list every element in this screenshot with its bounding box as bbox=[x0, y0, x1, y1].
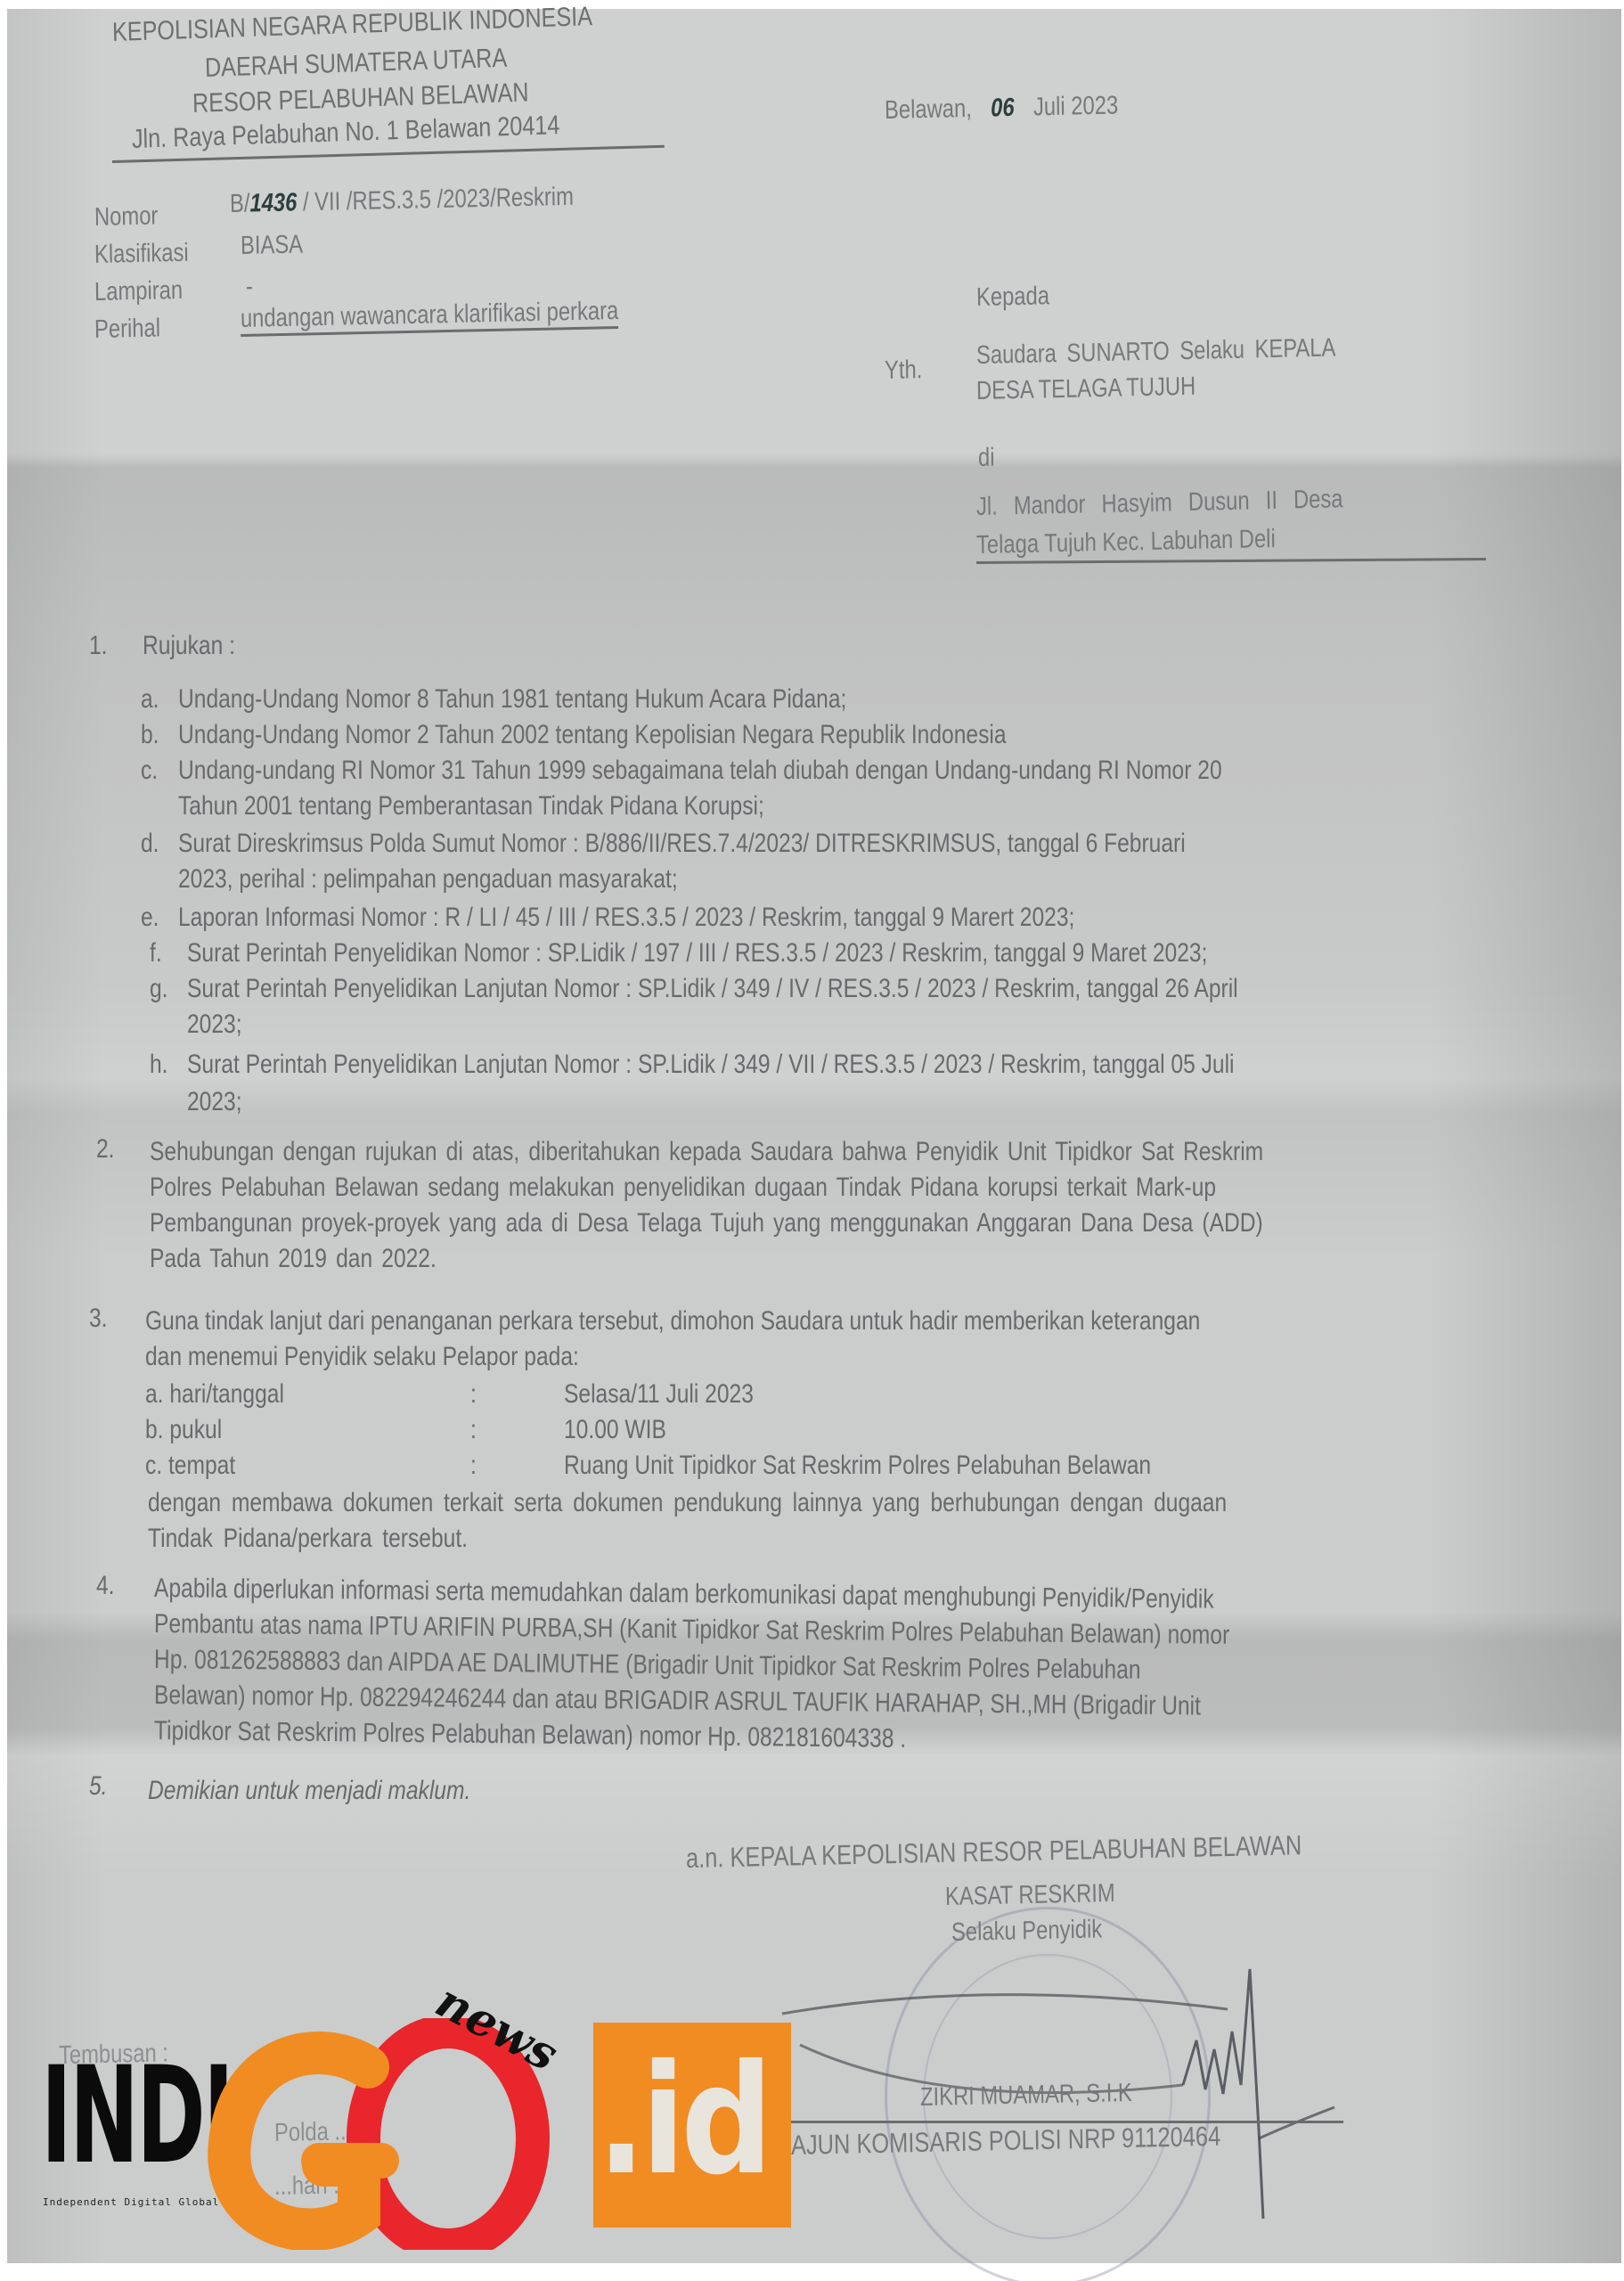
p3-number: 3. bbox=[89, 1305, 108, 1332]
rujukan-item-line: Surat Perintah Penyelidikan Nomor : SP.L… bbox=[187, 940, 1207, 967]
date-month-year: Juli 2023 bbox=[1033, 91, 1119, 121]
letterhead-line3: RESOR PELABUHAN BELAWAN bbox=[192, 79, 529, 118]
rujukan-letter: d. bbox=[141, 830, 159, 857]
rujukan-letter: e. bbox=[141, 904, 159, 931]
p2-line: Polres Pelabuhan Belawan sedang melakuka… bbox=[150, 1174, 1216, 1201]
schedule-label: b. pukul bbox=[145, 1417, 222, 1443]
schedule-separator: : bbox=[470, 1417, 477, 1443]
recipient-address-line2: Telaga Tujuh Kec. Labuhan Deli bbox=[976, 527, 1276, 559]
schedule-separator: : bbox=[470, 1452, 477, 1479]
meta-nomor-value: B/1436 / VII /RES.3.5 /2023/Reskrim bbox=[230, 184, 574, 217]
signature-role: Selaku Penyidik bbox=[951, 1917, 1103, 1946]
rujukan-letter: b. bbox=[141, 722, 159, 748]
letterhead-address: Jln. Raya Pelabuhan No. 1 Belawan 20414 bbox=[132, 112, 560, 153]
p5-number: 5. bbox=[89, 1773, 108, 1800]
p3-line: Guna tindak lanjut dari penanganan perka… bbox=[145, 1308, 1200, 1335]
schedule-value: Ruang Unit Tipidkor Sat Reskrim Polres P… bbox=[564, 1452, 1151, 1479]
rujukan-item-line: Surat Perintah Penyelidikan Lanjutan Nom… bbox=[187, 976, 1238, 1002]
rujukan-letter: h. bbox=[150, 1051, 168, 1078]
letterhead-line2: DAERAH SUMATERA UTARA bbox=[205, 45, 508, 82]
meta-perihal-value: undangan wawancara klarifikasi perkara bbox=[241, 298, 619, 337]
rujukan-item-line: Undang-Undang Nomor 8 Tahun 1981 tentang… bbox=[178, 686, 846, 713]
p4-line: Apabila diperlukan informasi serta memud… bbox=[154, 1575, 1214, 1614]
schedule-label: a. hari/tanggal bbox=[145, 1381, 284, 1408]
schedule-value: 10.00 WIB bbox=[564, 1417, 666, 1443]
meta-klasifikasi-value: BIASA bbox=[241, 233, 303, 259]
p4-line: Tipidkor Sat Reskrim Polres Pelabuhan Be… bbox=[154, 1718, 906, 1753]
p4-number: 4. bbox=[96, 1573, 115, 1599]
rujukan-item-line: Laporan Informasi Nomor : R / LI / 45 / … bbox=[178, 904, 1074, 931]
schedule-separator: : bbox=[470, 1381, 477, 1408]
date-day-handwritten: 06 bbox=[991, 94, 1015, 123]
letter-page: KEPOLISIAN NEGARA REPUBLIK INDONESIA DAE… bbox=[7, 9, 1621, 2263]
date-place: Belawan, bbox=[885, 94, 972, 125]
recipient-address-line1: Jl. Mandor Hasyim Dusun II Desa bbox=[976, 486, 1343, 520]
p1-number: 1. bbox=[89, 633, 108, 659]
p3-line: dan menemui Penyidik selaku Pelapor pada… bbox=[145, 1344, 579, 1370]
p5-text: Demikian untuk menjadi maklum. bbox=[148, 1778, 470, 1804]
rujukan-letter: c. bbox=[141, 757, 158, 784]
p3-after-line: dengan membawa dokumen terkait serta dok… bbox=[148, 1490, 1227, 1517]
recipient-name-line1: Saudara SUNARTO Selaku KEPALA bbox=[976, 335, 1336, 369]
schedule-value: Selasa/11 Juli 2023 bbox=[564, 1381, 754, 1408]
meta-klasifikasi-label: Klasifikasi bbox=[94, 241, 189, 268]
recipient-name-line2: DESA TELAGA TUJUH bbox=[976, 374, 1196, 405]
indigo-news-watermark-logo: INDI Independent Digital Global News new… bbox=[34, 1983, 800, 2241]
recipient-kepada: Kepada bbox=[976, 283, 1049, 311]
letter-date: Belawan, 06 Juli 2023 bbox=[885, 93, 1119, 124]
meta-lampiran-value: - bbox=[246, 274, 253, 300]
p4-line: Pembantu atas nama IPTU ARIFIN PURBA,SH … bbox=[154, 1611, 1229, 1649]
p4-line: Belawan) nomor Hp. 082294246244 dan atau… bbox=[154, 1682, 1201, 1721]
signature-position: KASAT RESKRIM bbox=[945, 1881, 1115, 1910]
letterhead-line1: KEPOLISIAN NEGARA REPUBLIK INDONESIA bbox=[112, 4, 593, 46]
p2-line: Pada Tahun 2019 dan 2022. bbox=[150, 1246, 437, 1272]
meta-nomor-label: Nomor bbox=[94, 203, 159, 231]
logo-id-text: .id bbox=[597, 2045, 769, 2196]
recipient-yth: Yth. bbox=[885, 357, 923, 384]
p2-number: 2. bbox=[96, 1136, 115, 1163]
meta-perihal-label: Perihal bbox=[94, 315, 160, 343]
rujukan-letter: a. bbox=[141, 686, 159, 713]
rujukan-item-line: 2023; bbox=[187, 1011, 242, 1038]
rujukan-item-line: 2023, perihal : pelimpahan pengaduan mas… bbox=[178, 866, 678, 893]
rujukan-item-line: 2023; bbox=[187, 1089, 242, 1116]
rujukan-item-line: Undang-Undang Nomor 2 Tahun 2002 tentang… bbox=[178, 722, 1007, 748]
nomor-handwritten: 1436 bbox=[249, 188, 297, 217]
p3-after-line: Tindak Pidana/perkara tersebut. bbox=[148, 1525, 468, 1552]
recipient-di: di bbox=[978, 446, 995, 471]
signature-on-behalf: a.n. KEPALA KEPOLISIAN RESOR PELABUHAN B… bbox=[686, 1831, 1302, 1872]
p4-line: Hp. 081262588883 dan AIPDA AE DALIMUTHE … bbox=[154, 1647, 1141, 1684]
signature-name: ZIKRI MUAMAR, S.I.K bbox=[920, 2081, 1132, 2111]
rujukan-letter: f. bbox=[150, 940, 162, 967]
rujukan-letter: g. bbox=[150, 976, 168, 1002]
p2-line: Sehubungan dengan rujukan di atas, diber… bbox=[150, 1139, 1263, 1165]
rujukan-item-line: Undang-undang RI Nomor 31 Tahun 1999 seb… bbox=[178, 757, 1222, 784]
rujukan-item-line: Surat Perintah Penyelidikan Lanjutan Nom… bbox=[187, 1051, 1235, 1078]
p2-line: Pembangunan proyek-proyek yang ada di De… bbox=[150, 1210, 1263, 1237]
rujukan-item-line: Surat Direskrimsus Polda Sumut Nomor : B… bbox=[178, 830, 1186, 857]
schedule-label: c. tempat bbox=[145, 1452, 235, 1479]
rujukan-item-line: Tahun 2001 tentang Pemberantasan Tindak … bbox=[178, 793, 764, 820]
recipient-address-underline bbox=[976, 558, 1486, 564]
p1-title: Rujukan : bbox=[143, 633, 235, 659]
meta-lampiran-label: Lampiran bbox=[94, 278, 184, 306]
